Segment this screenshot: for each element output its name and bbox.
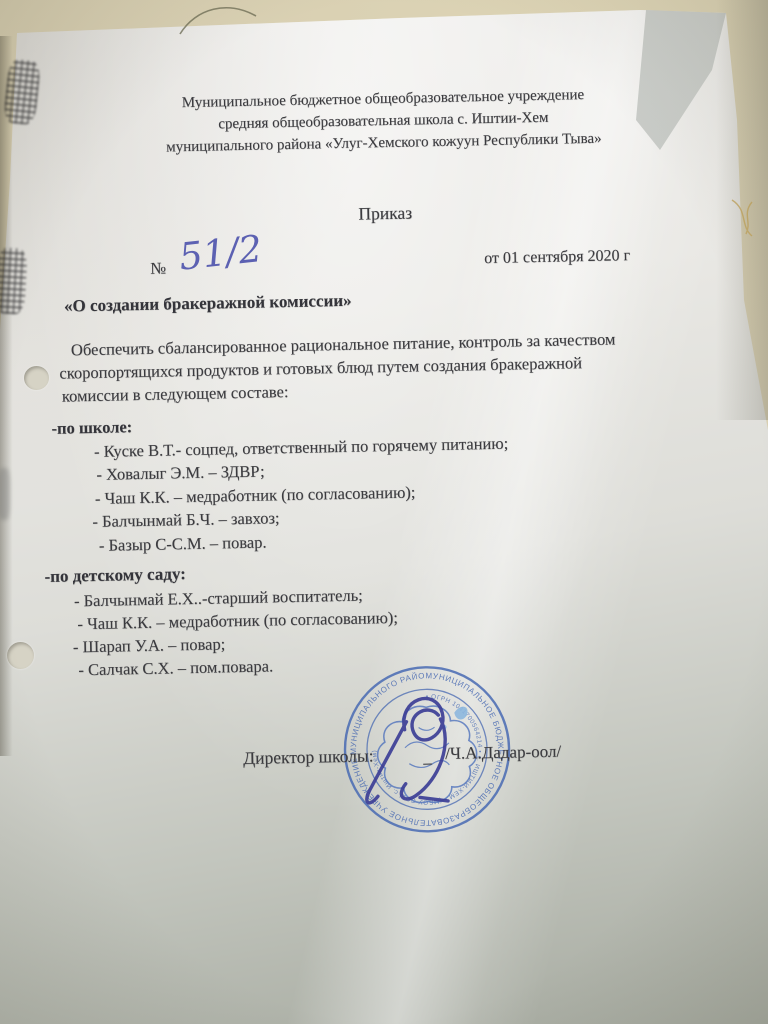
order-title: Приказ [0, 195, 768, 232]
signature-underscore: _ [423, 747, 432, 767]
order-number-handwritten: 51/2 [177, 227, 264, 279]
kindergarten-item-3: - Шарап У.А. – повар; [73, 634, 226, 657]
signature-name: /Ч.А.Дадар-оол/ [445, 742, 561, 764]
order-document: Муниципальное бюджетное общеобразователь… [0, 0, 768, 1024]
kindergarten-item-4: - Салчак С.Х. – пом.повара. [78, 656, 273, 680]
signature-label: Директор школы: [243, 745, 374, 769]
school-item-4: - Балчынмай Б.Ч. – завхоз; [92, 508, 280, 532]
school-item-1: - Куске В.Т.- соцпед, ответственный по г… [94, 434, 509, 462]
subject-line: «О создании бракеражной комиссии» [64, 291, 352, 317]
order-date: от 01 сентября 2020 г [484, 247, 630, 268]
school-section-heading: -по школе: [51, 417, 132, 439]
kindergarten-item-2: - Чаш К.К. – медработник (по согласовани… [77, 608, 398, 634]
kindergarten-section-heading: -по детскому саду: [44, 564, 186, 587]
school-item-3: - Чаш К.К. – медработник (по согласовани… [95, 483, 416, 509]
school-item-5: - Базыр С-С.М. – повар. [99, 533, 267, 556]
body-line-3: комиссии в следующем составе: [62, 382, 289, 407]
school-item-2: - Ховалыг Э.М. – ЗДВР; [96, 462, 265, 485]
order-number-sign: № [150, 258, 166, 278]
kindergarten-item-1: - Балчынмай Е.Х..-старший воспитатель; [74, 586, 363, 612]
photo-background: { "photo": { "desk_color": "#d7ceb1", "p… [0, 0, 768, 1024]
